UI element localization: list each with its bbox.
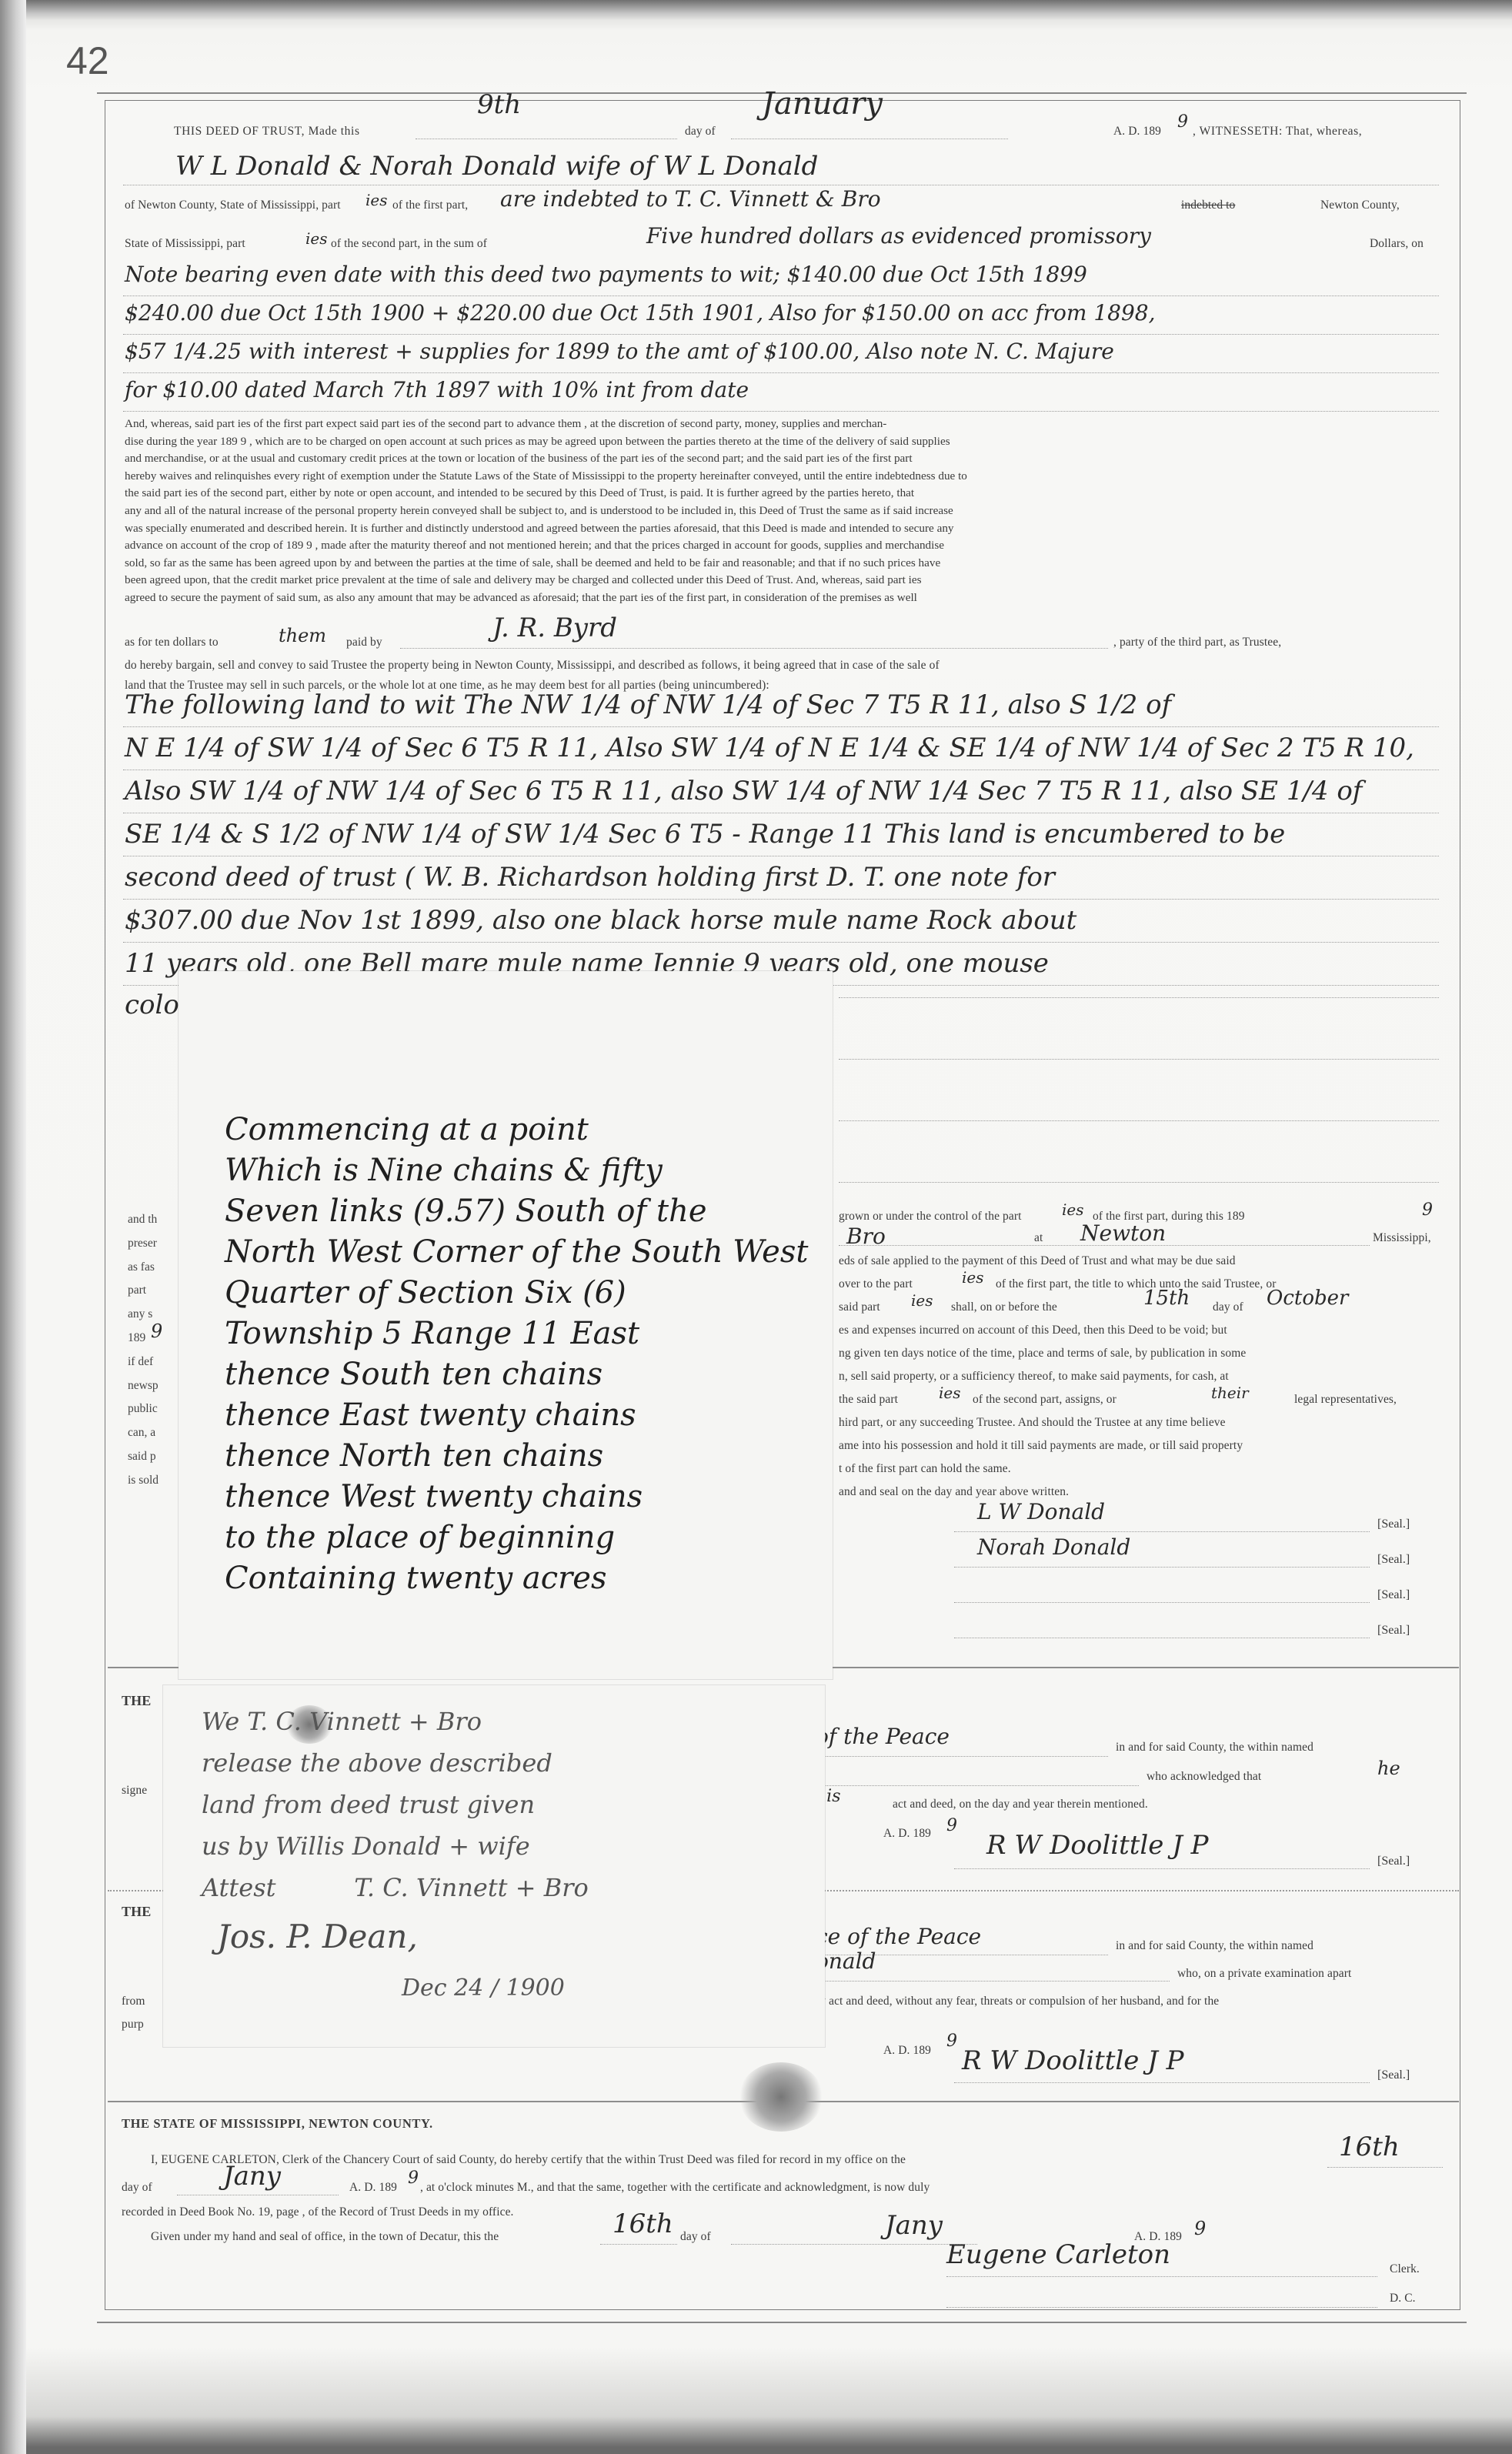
ack2-justice-signature: R W Doolittle J P: [962, 2045, 1184, 2076]
rc-due-day: 15th: [1143, 1287, 1190, 1310]
paragraph-line: been agreed upon, that the credit market…: [125, 572, 1448, 589]
survey-line: Seven links (9.57) South of the: [225, 1191, 808, 1232]
stub-label: is sold: [128, 1469, 159, 1493]
witnesseth-label: , WITNESSETH: That, whereas,: [1193, 125, 1362, 139]
stub-label: preser: [128, 1232, 159, 1256]
consideration-label: as for ten dollars to: [125, 636, 219, 649]
page-binding-shadow: [0, 0, 26, 2454]
property-line-5: second deed of trust ( W. B. Richardson …: [125, 862, 1055, 893]
third-party-label: , party of the third part, as Trustee,: [1113, 636, 1281, 649]
rc-line-6: es and expenses incurred on account of t…: [839, 1324, 1227, 1337]
seal-3: [Seal.]: [1377, 1588, 1410, 1602]
rc-line-9: the said part: [839, 1393, 898, 1407]
stub-label: and th: [128, 1208, 159, 1232]
clerk-line4: Given under my hand and seal of office, …: [151, 2230, 499, 2244]
rc-line-2-at: at: [1034, 1231, 1043, 1245]
rc-line-4-suffix: of the first part, the title to which un…: [996, 1277, 1276, 1291]
ledger-page: 42 THIS DEED OF TRUST, Made this 9th day…: [0, 0, 1512, 2454]
paragraph-line: advance on account of the crop of 189 9 …: [125, 537, 1448, 555]
property-line-2: N E 1/4 of SW 1/4 of Sec 6 T5 R 11, Also…: [125, 733, 1414, 763]
rule-line: [600, 2244, 677, 2245]
rule-line: [839, 1245, 1370, 1246]
rc-line-1-part: ies: [1062, 1200, 1084, 1219]
sum-label: of the second part, in the sum of: [331, 237, 487, 251]
release-date: Dec 24 / 1900: [402, 1975, 565, 2002]
rc-line-12: t of the first part can hold the same.: [839, 1462, 1011, 1476]
signature-line: [954, 2082, 1370, 2083]
rc-line-1-year: 9: [1422, 1200, 1433, 1220]
creditor-name: are indebted to T. C. Vinnett & Bro: [500, 186, 881, 212]
rc-line-4: over to the part: [839, 1277, 913, 1291]
survey-line: Which is Nine chains & fifty: [225, 1150, 808, 1191]
release-line: land from deed trust given: [202, 1784, 589, 1825]
rc-due-month: October: [1267, 1287, 1348, 1310]
seal-4: [Seal.]: [1377, 1624, 1410, 1638]
ack2-from-label: from: [122, 1995, 145, 2008]
signature-line: [954, 1868, 1370, 1869]
stub-year-digit: 9: [151, 1320, 162, 1342]
deed-day: 9th: [477, 89, 521, 120]
survey-line: to the place of beginning: [225, 1517, 808, 1558]
month-blank: [731, 139, 1008, 139]
deed-title-label: THIS DEED OF TRUST, Made this: [174, 125, 360, 139]
ack1-office: of the Peace: [816, 1724, 950, 1749]
deputy-clerk-label: D. C.: [1390, 2292, 1416, 2305]
release-line: Attest T. C. Vinnett + Bro: [202, 1867, 589, 1908]
ack2-line3: ry act and deed, without any fear, threa…: [816, 1995, 1219, 2008]
rule-line: [123, 813, 1439, 813]
signature-line: [946, 2276, 1377, 2277]
survey-line: North West Corner of the South West: [225, 1232, 808, 1273]
release-witness: Jos. P. Dean,: [217, 1918, 418, 1955]
rule-line: [177, 2195, 339, 2195]
rc-line-9-mid: of the second part, assigns, or: [973, 1393, 1116, 1407]
survey-line: Quarter of Section Six (6): [225, 1273, 808, 1314]
rc-line-13: and and seal on the day and year above w…: [839, 1485, 1069, 1499]
paragraph-line: dise during the year 189 9 , which are t…: [125, 433, 1448, 451]
debt-line-4: for $10.00 dated March 7th 1897 with 10%…: [125, 377, 749, 402]
ack1-line3: act and deed, on the day and year therei…: [893, 1798, 1148, 1811]
clerk-signature: Eugene Carleton: [946, 2239, 1170, 2270]
rule-line: [123, 770, 1439, 770]
deed-month: January: [762, 86, 883, 122]
rule-line: [123, 295, 1439, 296]
left-stub-column: and th preser as fas part any s 189 if d…: [128, 1208, 159, 1493]
rule-line: [839, 1182, 1439, 1183]
ack2-seal: [Seal.]: [1377, 2068, 1410, 2082]
rule-line: [123, 411, 1439, 412]
rule-line: [123, 942, 1439, 943]
rc-line-4-part: ies: [962, 1268, 984, 1287]
rule-line: [123, 899, 1439, 900]
rc-line-9-suffix: legal representatives,: [1294, 1393, 1397, 1407]
stub-label: as fas: [128, 1256, 159, 1280]
survey-line: Containing twenty acres: [225, 1558, 808, 1599]
stub-label: public: [128, 1397, 159, 1421]
stub-label: if def: [128, 1351, 159, 1374]
ack2-heading: THE: [122, 1904, 151, 1920]
survey-line: thence North ten chains: [225, 1436, 808, 1477]
first-part-plural: ies: [365, 191, 388, 209]
debt-line-1: Note bearing even date with this deed tw…: [125, 262, 1087, 287]
rc-line-10: hird part, or any succeeding Trustee. An…: [839, 1416, 1226, 1430]
survey-line: Township 5 Range 11 East: [225, 1314, 808, 1354]
pasted-release-note: We T. C. Vinnett + Bro release the above…: [163, 1685, 825, 2047]
rule-line: [731, 2244, 977, 2245]
property-line-3: Also SW 1/4 of NW 1/4 of Sec 6 T5 R 11, …: [125, 776, 1362, 806]
survey-line: Commencing at a point: [225, 1110, 808, 1150]
ack1-justice-signature: R W Doolittle J P: [986, 1830, 1209, 1861]
survey-line: thence West twenty chains: [225, 1477, 808, 1517]
debt-line-3: $57 1/4.25 with interest + supplies for …: [125, 339, 1114, 364]
struck-indebted-to: indebted to: [1181, 199, 1235, 212]
clerk-line2-rest: , at o'clock minutes M., and that the sa…: [420, 2181, 930, 2195]
seal-1: [Seal.]: [1377, 1517, 1410, 1531]
paid-by-label: paid by: [346, 636, 382, 649]
signature-line: [954, 1531, 1370, 1532]
rc-line-5-dayof: day of: [1213, 1300, 1243, 1314]
consideration-to: them: [279, 625, 326, 646]
ack1-signed-label: signe: [122, 1784, 147, 1798]
release-text: We T. C. Vinnett + Bro release the above…: [202, 1701, 589, 1908]
ack1-he: he: [1377, 1758, 1400, 1779]
given-day: 16th: [612, 2209, 673, 2239]
signature-1: L W Donald: [977, 1499, 1105, 1524]
filed-month: Jany: [223, 2161, 281, 2192]
rc-line-2-town: Newton: [1080, 1220, 1166, 1246]
seal-2: [Seal.]: [1377, 1553, 1410, 1567]
stub-label: newsp: [128, 1374, 159, 1398]
ack2-office: ce of the Peace: [816, 1924, 981, 1949]
rc-line-1: grown or under the control of the part: [839, 1210, 1022, 1224]
clerk-heading: THE STATE OF MISSISSIPPI, NEWTON COUNTY.: [122, 2116, 433, 2132]
ack2-line1: in and for said County, the within named: [1116, 1939, 1313, 1953]
day-of-label: day of: [685, 125, 716, 139]
rc-line-3: eds of sale applied to the payment of th…: [839, 1254, 1236, 1268]
ack2-ad: A. D. 189: [883, 2044, 931, 2058]
clerk-line3: recorded in Deed Book No. 19, page , of …: [122, 2205, 514, 2219]
ack1-line2: who acknowledged that: [1147, 1770, 1261, 1784]
rc-line-9-their: their: [1211, 1384, 1249, 1402]
signature-line: [954, 1602, 1370, 1603]
signature-2: Norah Donald: [977, 1534, 1130, 1560]
filed-day: 16th: [1339, 2132, 1400, 2162]
paragraph-line: and merchandise, or at the usual and cus…: [125, 450, 1448, 468]
paragraph-line: any and all of the natural increase of t…: [125, 502, 1448, 520]
rule-line: [800, 1756, 1108, 1757]
given-month: Jany: [885, 2210, 943, 2241]
filed-year: 9: [408, 2169, 419, 2188]
signature-line: [954, 1567, 1370, 1568]
rc-line-5-mid: shall, on or before the: [951, 1300, 1057, 1314]
county-label: Newton County,: [1320, 199, 1400, 212]
clerk-dayof: day of: [122, 2181, 152, 2195]
rule-line: [123, 372, 1439, 373]
ack1-heading: THE: [122, 1693, 151, 1709]
rule-line: [1327, 2167, 1443, 2168]
rule-line: [400, 648, 1108, 649]
ad-label: A. D. 189: [1113, 125, 1161, 139]
rule-line: [123, 334, 1439, 335]
paragraph-line: And, whereas, said part ies of the first…: [125, 416, 1448, 433]
ack1-year: 9: [946, 1816, 957, 1835]
rule-line: [839, 1059, 1439, 1060]
stub-label: part: [128, 1279, 159, 1303]
rule-line: [123, 185, 1439, 185]
stub-label: can, a: [128, 1421, 159, 1445]
whereas-paragraph: And, whereas, said part ies of the first…: [125, 416, 1448, 607]
rule-line: [800, 1785, 1139, 1786]
ack2-line2: who, on a private examination apart: [1177, 1967, 1351, 1981]
ack1-line1: in and for said County, the within named: [1116, 1741, 1313, 1755]
clerk-label: Clerk.: [1390, 2262, 1420, 2276]
property-line-6: $307.00 due Nov 1st 1899, also one black…: [125, 905, 1076, 936]
ack2-purpose-label: purp: [122, 2018, 144, 2032]
rc-line-9-part: ies: [939, 1384, 961, 1402]
rule-line: [839, 997, 1439, 998]
rule-line: [800, 1981, 1170, 1982]
rule-line: [123, 726, 1439, 727]
rc-line-7: ng given ten days notice of the time, pl…: [839, 1347, 1246, 1361]
release-line: We T. C. Vinnett + Bro: [202, 1701, 589, 1742]
conveyance-line: do hereby bargain, sell and convey to sa…: [125, 659, 940, 673]
rule-line: [123, 856, 1439, 856]
survey-text: Commencing at a point Which is Nine chai…: [225, 1110, 808, 1599]
day-blank: [416, 139, 677, 139]
dollars-label: Dollars, on: [1370, 237, 1424, 251]
first-part-label: of Newton County, State of Mississippi, …: [125, 199, 341, 212]
paragraph-line: sold, so far as the same has been agreed…: [125, 555, 1448, 573]
release-line: us by Willis Donald + wife: [202, 1825, 589, 1867]
grantors-names: W L Donald & Norah Donald wife of W L Do…: [175, 151, 818, 182]
rc-line-2-state: Mississippi,: [1373, 1231, 1431, 1245]
property-line-1: The following land to wit The NW 1/4 of …: [125, 689, 1171, 720]
clerk-ad: A. D. 189: [349, 2181, 397, 2195]
stub-label: said p: [128, 1445, 159, 1469]
first-part-mid: of the first part,: [392, 199, 468, 212]
sum-amount: Five hundred dollars as evidenced promis…: [646, 223, 1151, 249]
rc-line-5: said part: [839, 1300, 880, 1314]
trustee-name: J. R. Byrd: [492, 613, 617, 643]
ack1-ad: A. D. 189: [883, 1827, 931, 1841]
paragraph-line: agreed to secure the payment of said sum…: [125, 589, 1448, 607]
property-line-4: SE 1/4 & S 1/2 of NW 1/4 of SW 1/4 Sec 6…: [125, 819, 1285, 850]
rule-line: [839, 1120, 1439, 1121]
rc-line-5-part: ies: [911, 1291, 933, 1310]
survey-line: thence South ten chains: [225, 1354, 808, 1395]
pasted-survey-note: Commencing at a point Which is Nine chai…: [179, 971, 833, 1679]
rc-line-11: ame into his possession and hold it till…: [839, 1439, 1243, 1453]
page-number: 42: [66, 38, 109, 83]
ink-smudge: [739, 2062, 823, 2132]
survey-line: thence East twenty chains: [225, 1395, 808, 1436]
ack1-seal: [Seal.]: [1377, 1855, 1410, 1868]
rc-line-8: n, sell said property, or a sufficiency …: [839, 1370, 1229, 1384]
signature-line: [954, 1638, 1370, 1638]
ack2-year: 9: [946, 2032, 957, 2051]
given-year: 9: [1194, 2218, 1206, 2239]
page-top-edge-shadow: [0, 0, 1512, 20]
paragraph-line: the said part ies of the second part, ei…: [125, 485, 1448, 502]
clerk-line4-dayof: day of: [680, 2230, 711, 2244]
paragraph-line: was specially enumerated and described h…: [125, 520, 1448, 538]
release-line: release the above described: [202, 1742, 589, 1784]
signature-line: [946, 2307, 1377, 2308]
second-part-plural: ies: [305, 229, 328, 248]
second-part-label: State of Mississippi, part: [125, 237, 245, 251]
deed-year-digit: 9: [1177, 112, 1188, 132]
paragraph-line: hereby waives and relinquishes every rig…: [125, 468, 1448, 486]
debt-line-2: $240.00 due Oct 15th 1900 + $220.00 due …: [125, 300, 1155, 326]
